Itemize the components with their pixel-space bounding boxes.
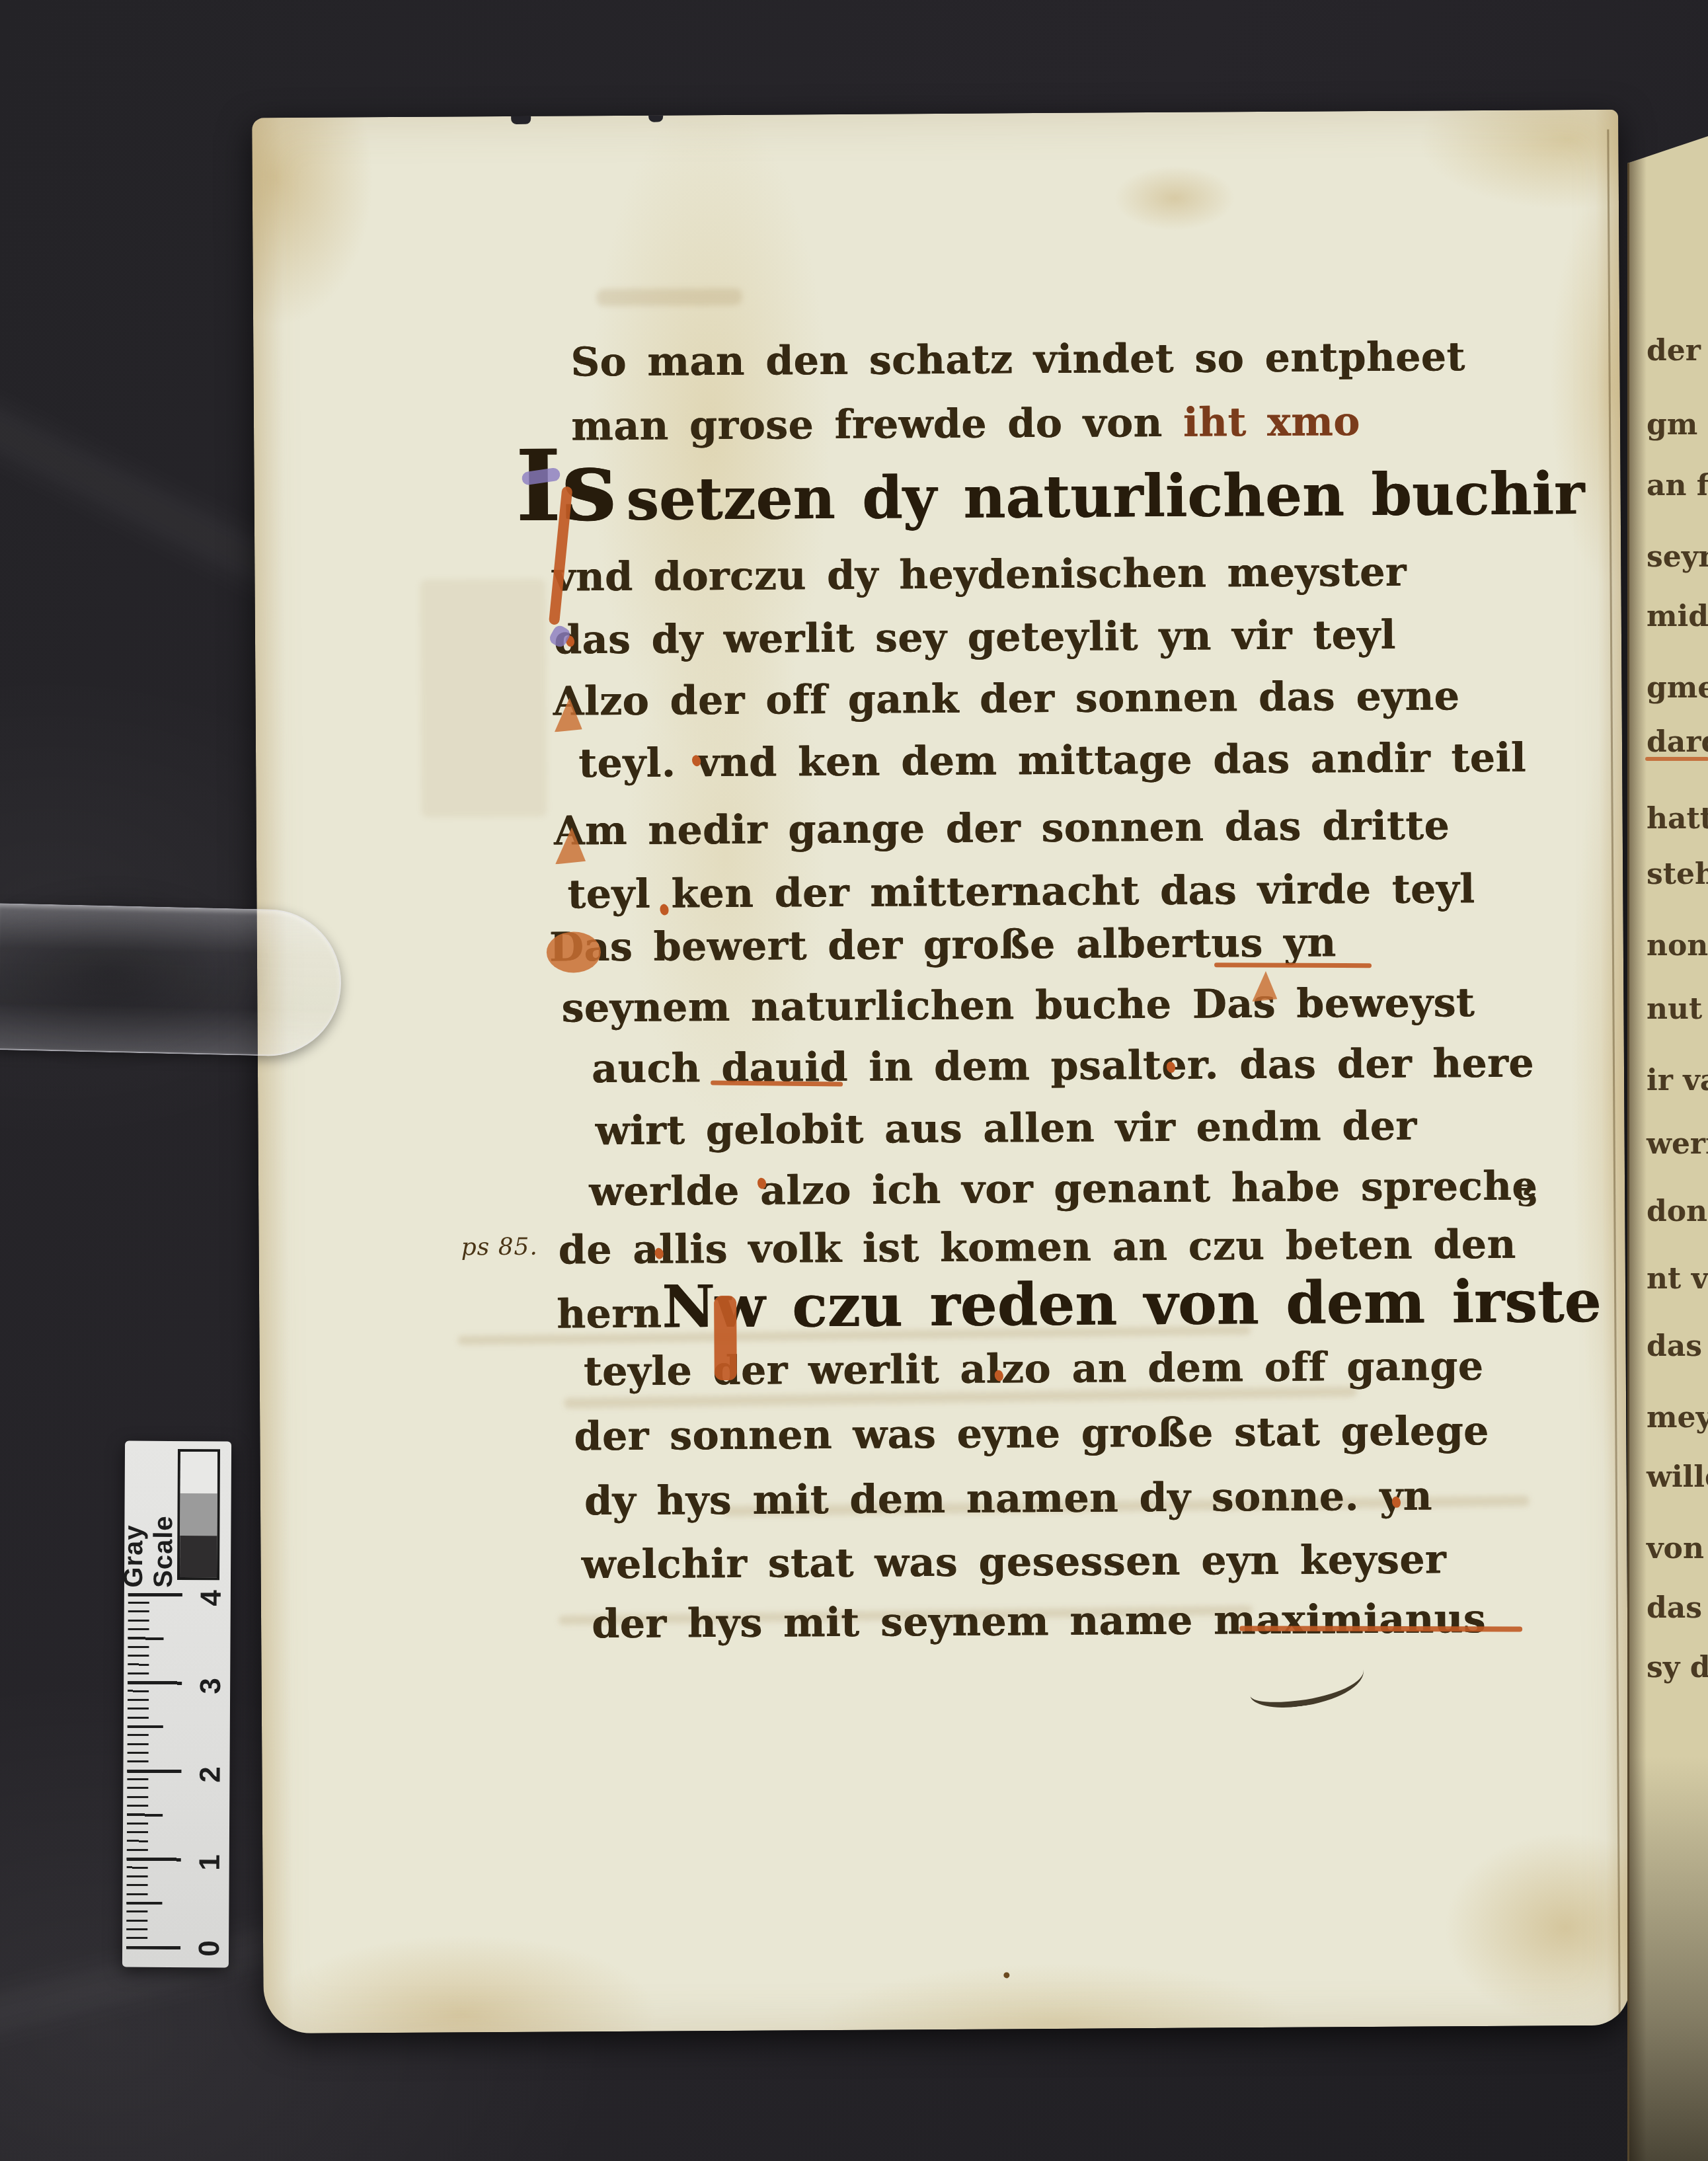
page-holder-clip <box>0 903 342 1058</box>
initial-N-orange-bar <box>714 1296 737 1380</box>
page-edge-nick <box>511 116 531 124</box>
photo-stage: ps 85. So man den schatz vindet so entph… <box>0 0 1708 2161</box>
ruler-number-1: 1 <box>195 1847 225 1877</box>
ruler-number-4: 4 <box>196 1583 227 1613</box>
page-edge-nick <box>648 116 663 122</box>
facing-text-fragment: stehn alzo <box>1647 857 1708 891</box>
manuscript-page: ps 85. So man den schatz vindet so entph… <box>252 110 1630 2034</box>
facing-text-fragment: hatt an gr <box>1647 802 1708 836</box>
text-line: So man den schatz vindet so entpheet <box>570 337 1465 382</box>
facing-text-fragment: das sy solde <box>1647 1591 1708 1625</box>
pen-flourish <box>1248 1665 1367 1713</box>
red-underline-maximianus <box>1239 1626 1522 1631</box>
ruler-number-text: 0 <box>193 1940 226 1957</box>
text-line: de allis volk ist komen an czu beten den <box>558 1225 1516 1271</box>
ruler-number-text: 4 <box>195 1590 228 1606</box>
ink-speck <box>1003 1972 1009 1978</box>
facing-text-fragment: an fis e <box>1647 469 1708 502</box>
text-line-part: hern <box>557 1294 662 1335</box>
facing-text-fragment: seynem u <box>1647 540 1708 574</box>
ruler-number-text: 2 <box>194 1766 227 1783</box>
incipit-display-script: setzen dy naturlichen buchir <box>626 464 1584 528</box>
christogram-rubricated: iht xmo <box>1183 399 1360 446</box>
facing-text-fragment: don schon <box>1647 1195 1708 1228</box>
text-line: Das bewert der große albertus yn <box>549 923 1337 967</box>
text-line: man grose frewde do von iht xmo <box>571 402 1360 446</box>
text-line: seynem naturlichen buche Das beweyst <box>561 983 1475 1028</box>
text-line: teyl. vnd ken dem mittage das andir teil <box>578 738 1526 784</box>
patch-black <box>180 1536 217 1578</box>
facing-text-fragment: willen vnd <box>1647 1460 1708 1494</box>
text-line: teyl ken der mitternacht das virde teyl <box>567 869 1475 914</box>
facing-text-fragment: von irem va <box>1647 1532 1708 1565</box>
red-underline-albertus <box>1214 963 1372 968</box>
text-line-incipit: Issetzen dy naturlichen buchir <box>515 440 1584 529</box>
text-line: vnd dorczu dy heydenischen meyster <box>552 553 1407 598</box>
marginal-note-psalm: ps 85. <box>461 1234 537 1261</box>
page-crease <box>1607 130 1620 2014</box>
facing-red-underline <box>1645 757 1708 761</box>
showthrough-smudge <box>597 288 742 306</box>
facing-text-fragment: non gste <box>1647 929 1708 963</box>
gray-scale-label: Gray Scale <box>124 1445 174 1588</box>
gray-scale-card: Gray Scale 4 3 2 1 0 <box>122 1441 231 1968</box>
ruler-number-0: 0 <box>194 1933 225 1963</box>
ruler-number-text: 3 <box>194 1678 227 1694</box>
facing-text-fragment: gme toch <box>1647 671 1708 705</box>
ruler-ticks <box>126 1593 188 1950</box>
facing-text-fragment: meysten S <box>1647 1401 1708 1434</box>
facing-text-fragment: gm aste <box>1647 408 1708 442</box>
facing-text-fragment: wern yn m <box>1647 1127 1708 1161</box>
text-line: der hys mit seynem name maximianus <box>592 1599 1486 1644</box>
text-line: wirt gelobit aus allen vir endm der <box>595 1107 1417 1152</box>
facing-text-fragment: nt vnd al <box>1647 1262 1708 1296</box>
facing-text-fragment: sy das allir <box>1647 1651 1708 1684</box>
text-line: der sonnen was eyne große stat gelege <box>574 1411 1489 1456</box>
facing-page-sliver: der nu gm aste an fis e seynem u mider e… <box>1627 136 1708 2161</box>
ruler-number-2: 2 <box>195 1759 225 1789</box>
facing-text-fragment: mider em <box>1647 600 1708 633</box>
initial-D-orange-fill <box>547 931 601 972</box>
gray-scale-label-text: Gray Scale <box>119 1445 179 1588</box>
ruler-number-text: 1 <box>194 1854 227 1871</box>
facing-text-fragment: ir vater v <box>1647 1064 1708 1097</box>
text-line: dy hys mit dem namen dy sonne. yn <box>584 1476 1432 1521</box>
showthrough-smudge <box>420 579 547 818</box>
facing-text-fragment: der nu <box>1647 334 1708 368</box>
text-line: das dy werlit sey geteylit yn vir teyl <box>554 615 1396 660</box>
text-line: werlde alzo ich vor genant habe spreche <box>589 1166 1537 1212</box>
text-line: welchir stat was gesessen eyn keyser <box>581 1540 1446 1585</box>
text-line-chapter-opening: hern Nw czu reden von dem irste <box>557 1272 1602 1337</box>
chapter-display-script: Nw czu reden von dem irste <box>662 1272 1602 1336</box>
patch-gray <box>180 1493 217 1536</box>
patch-white <box>180 1452 217 1494</box>
facing-text-fragment: das sy mch <box>1647 1329 1708 1363</box>
line-end-flourish: ʒ <box>1518 1172 1535 1208</box>
facing-text-fragment: dardum <box>1647 725 1708 759</box>
text-line: Alzo der off gank der sonnen das eyne <box>553 676 1459 721</box>
text-line: Am nedir gange der sonnen das dritte <box>554 806 1450 851</box>
gray-scale-patches <box>177 1449 220 1580</box>
text-line-part: man grose frewde do von <box>571 400 1183 450</box>
ruler-number-3: 3 <box>196 1670 226 1701</box>
facing-text-fragment: nut ym f <box>1647 992 1708 1026</box>
